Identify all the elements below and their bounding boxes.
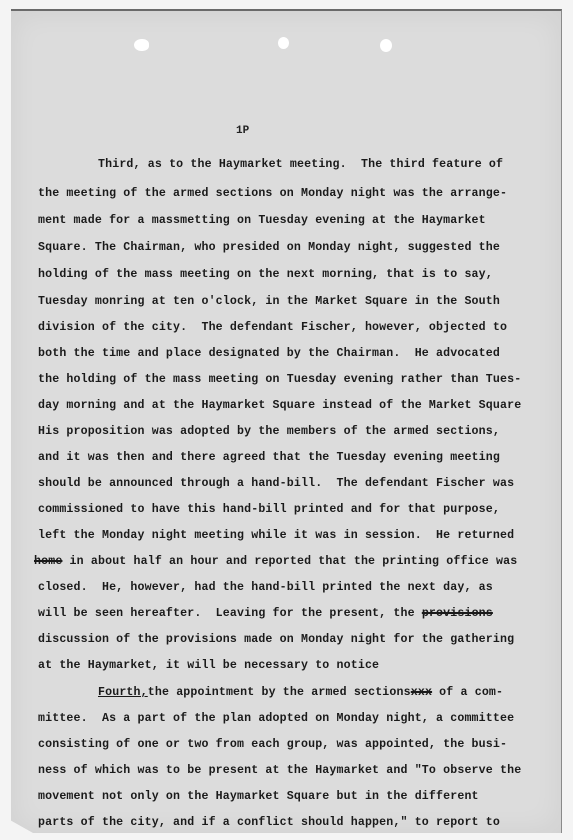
text-line: movement not only on the Haymarket Squar…: [38, 790, 479, 804]
text-line: home in about half an hour and reported …: [34, 555, 517, 569]
text-line: Third, as to the Haymarket meeting. The …: [98, 158, 503, 172]
text-line: at the Haymarket, it will be necessary t…: [38, 659, 379, 673]
struck-word: xxx: [411, 686, 432, 699]
text-line: division of the city. The defendant Fisc…: [38, 321, 507, 335]
text-line: Tuesday monring at ten o'clock, in the M…: [38, 295, 500, 309]
text-line: consisting of one or two from each group…: [38, 738, 507, 752]
text-line: the holding of the mass meeting on Tuesd…: [38, 373, 521, 387]
text-line: should be announced through a hand-bill.…: [38, 477, 514, 491]
text-segment: the appointment by the armed sections: [148, 686, 411, 699]
punch-hole: [278, 37, 289, 49]
text-segment: of a com-: [432, 686, 503, 699]
text-line: His proposition was adopted by the membe…: [38, 425, 500, 439]
punch-hole: [134, 39, 149, 51]
text-line: will be seen hereafter. Leaving for the …: [38, 607, 493, 621]
struck-word: home: [34, 555, 62, 568]
text-line: holding of the mass meeting on the next …: [38, 268, 493, 282]
text-line: parts of the city, and if a conflict sho…: [38, 816, 500, 830]
text-line: ness of which was to be present at the H…: [38, 764, 521, 778]
text-line: Square. The Chairman, who presided on Mo…: [38, 241, 500, 255]
text-line: discussion of the provisions made on Mon…: [38, 633, 514, 647]
text-line: day morning and at the Haymarket Square …: [38, 399, 521, 413]
text-line: the meeting of the armed sections on Mon…: [38, 187, 507, 201]
text-line: closed. He, however, had the hand-bill p…: [38, 581, 493, 595]
struck-word: provisions: [422, 607, 493, 620]
underlined-heading: Fourth,: [98, 686, 148, 699]
text-line: ment made for a massmetting on Tuesday e…: [38, 214, 486, 228]
document-page: 1P Third, as to the Haymarket meeting. T…: [11, 9, 562, 833]
text-line: both the time and place designated by th…: [38, 347, 500, 361]
text-segment: will be seen hereafter. Leaving for the …: [38, 607, 422, 620]
punch-hole: [380, 39, 392, 52]
text-line: left the Monday night meeting while it w…: [38, 529, 514, 543]
page-number: 1P: [236, 125, 249, 137]
text-line: Fourth,the appointment by the armed sect…: [98, 686, 503, 700]
text-segment: in about half an hour and reported that …: [62, 555, 517, 568]
text-line: commissioned to have this hand-bill prin…: [38, 503, 500, 517]
text-line: and it was then and there agreed that th…: [38, 451, 500, 465]
text-line: mittee. As a part of the plan adopted on…: [38, 712, 514, 726]
